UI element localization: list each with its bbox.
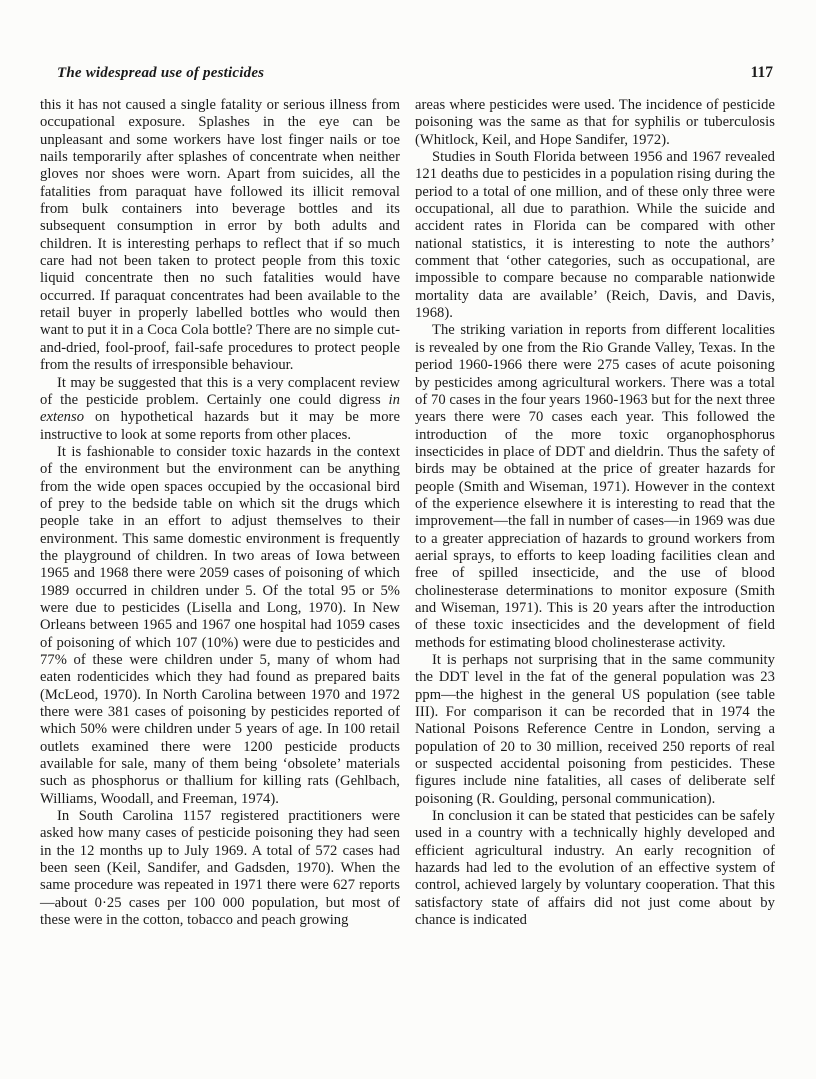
text-run: Studies in South Florida between 1956 an… bbox=[415, 149, 775, 321]
paragraph: In South Carolina 1157 registered practi… bbox=[40, 808, 400, 929]
text-run: In South Carolina 1157 registered practi… bbox=[40, 808, 400, 928]
page-number: 117 bbox=[751, 64, 773, 82]
text-run: In conclusion it can be stated that pest… bbox=[415, 808, 775, 928]
text-run: areas where pesticides were used. The in… bbox=[415, 97, 775, 148]
journal-page: The widespread use of pesticides 117 thi… bbox=[0, 0, 816, 1079]
paragraph: It is perhaps not surprising that in the… bbox=[415, 652, 775, 808]
paragraph: It may be suggested that this is a very … bbox=[40, 375, 400, 444]
text-run: It is fashionable to consider toxic haza… bbox=[40, 444, 400, 807]
text-run: The striking variation in reports from d… bbox=[415, 322, 775, 650]
running-head-title: The widespread use of pesticides bbox=[57, 65, 264, 82]
running-head: The widespread use of pesticides 117 bbox=[40, 64, 775, 82]
text-run: this it has not caused a single fatality… bbox=[40, 97, 400, 373]
left-column: this it has not caused a single fatality… bbox=[40, 97, 400, 930]
paragraph: It is fashionable to consider toxic haza… bbox=[40, 444, 400, 808]
paragraph: this it has not caused a single fatality… bbox=[40, 97, 400, 375]
paragraph: In conclusion it can be stated that pest… bbox=[415, 808, 775, 929]
right-column: areas where pesticides were used. The in… bbox=[415, 97, 775, 930]
text-run: It is perhaps not surprising that in the… bbox=[415, 652, 775, 807]
two-column-text-body: this it has not caused a single fatality… bbox=[40, 97, 775, 930]
text-run: on hypothetical hazards but it may be mo… bbox=[40, 409, 400, 442]
paragraph: Studies in South Florida between 1956 an… bbox=[415, 149, 775, 322]
paragraph: areas where pesticides were used. The in… bbox=[415, 97, 775, 149]
text-run: It may be suggested that this is a very … bbox=[40, 375, 400, 408]
paragraph: The striking variation in reports from d… bbox=[415, 322, 775, 652]
